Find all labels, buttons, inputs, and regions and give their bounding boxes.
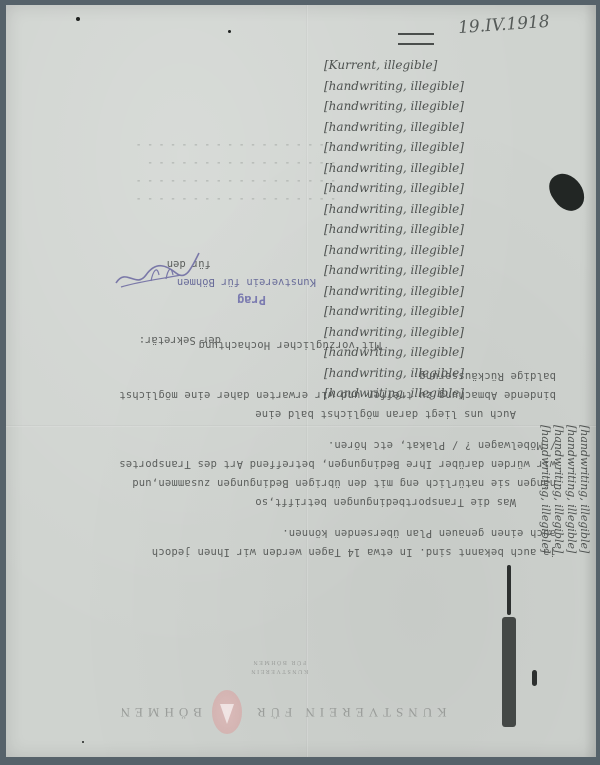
strike-out-mark xyxy=(532,670,537,686)
handwritten-line: [handwriting, illegible] xyxy=(324,96,586,117)
show-through-text: - - - - - - - - - - - - - - - - - - - - … xyxy=(36,135,336,207)
margin-note: [handwriting, illegible] [handwriting, i… xyxy=(391,425,591,760)
margin-line: [handwriting, illegible] xyxy=(552,425,565,760)
letterhead-right: BÖHMEN xyxy=(116,704,202,720)
handwritten-line: [handwriting, illegible] xyxy=(324,219,586,240)
handwritten-line: [handwriting, illegible] xyxy=(324,158,586,179)
crossed-out-mark xyxy=(398,33,434,45)
margin-line: [handwriting, illegible] xyxy=(565,425,578,760)
handwritten-line: [handwriting, illegible] xyxy=(324,178,586,199)
emblem-icon xyxy=(212,690,242,734)
handwritten-date: 19.IV.1918 xyxy=(457,12,550,38)
letter-sheet: - - - - - - - - - - - - - - - - - - - - … xyxy=(6,5,596,757)
margin-line: [handwriting, illegible] xyxy=(578,425,591,760)
letterhead-small: KUNSTVEREIN FÜR BÖHMEN xyxy=(234,657,324,675)
handwritten-line: [handwriting, illegible] xyxy=(324,199,586,220)
typed-line: Auch uns liegt daran möglichst bald eine xyxy=(36,404,556,423)
handwritten-line: [handwriting, illegible] xyxy=(324,383,586,404)
ink-spot xyxy=(76,17,80,21)
handwritten-line: [handwriting, illegible] xyxy=(324,281,586,302)
ink-spot xyxy=(228,30,231,33)
strike-out-mark xyxy=(502,617,516,727)
handwritten-line: [handwriting, illegible] xyxy=(324,76,586,97)
handwritten-line: [handwriting, illegible] xyxy=(324,322,586,343)
handwritten-line: [handwriting, illegible] xyxy=(324,301,586,322)
handwritten-draft: [Kurrent, illegible] [handwriting, illeg… xyxy=(324,55,586,404)
handwritten-line: [handwriting, illegible] xyxy=(324,240,586,261)
margin-line: [handwriting, illegible] xyxy=(539,425,552,760)
handwritten-line: [handwriting, illegible] xyxy=(324,117,586,138)
ink-spot xyxy=(82,741,84,743)
handwritten-line: [handwriting, illegible] xyxy=(324,260,586,281)
handwritten-line: [handwriting, illegible] xyxy=(324,137,586,158)
handwritten-line: [handwriting, illegible] xyxy=(324,363,586,384)
strike-out-mark xyxy=(507,565,511,615)
handwritten-line: [handwriting, illegible] xyxy=(324,342,586,363)
salutation: [Kurrent, illegible] xyxy=(324,55,586,76)
signature-scrawl xyxy=(111,245,201,295)
